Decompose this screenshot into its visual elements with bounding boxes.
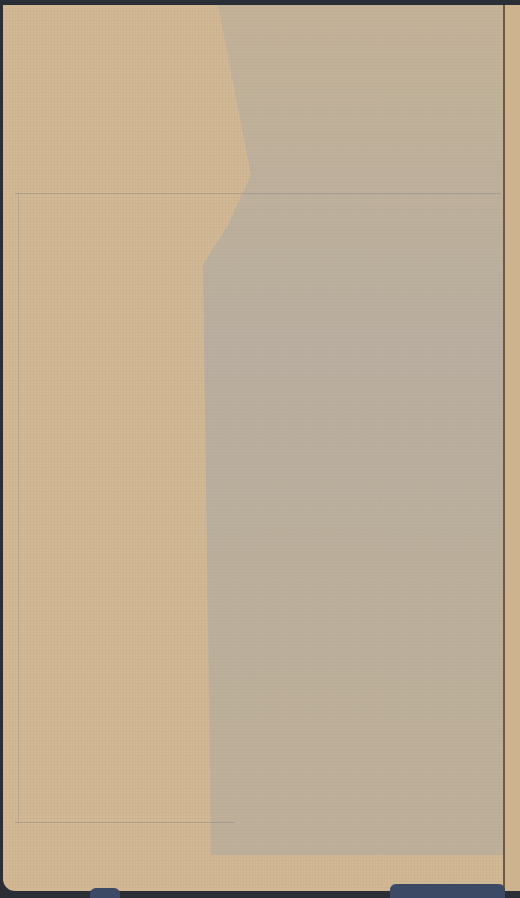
faint-margin-line <box>18 193 19 823</box>
page-text <box>3 5 4 6</box>
binding-fold <box>503 5 520 891</box>
bleed-through-region <box>203 5 503 855</box>
faint-ruled-line-bottom <box>15 822 235 823</box>
paper-sheet <box>3 5 503 891</box>
scanned-page <box>0 0 520 898</box>
torn-edge <box>390 884 505 898</box>
faint-ruled-line-top <box>15 193 501 194</box>
torn-edge <box>90 888 120 898</box>
